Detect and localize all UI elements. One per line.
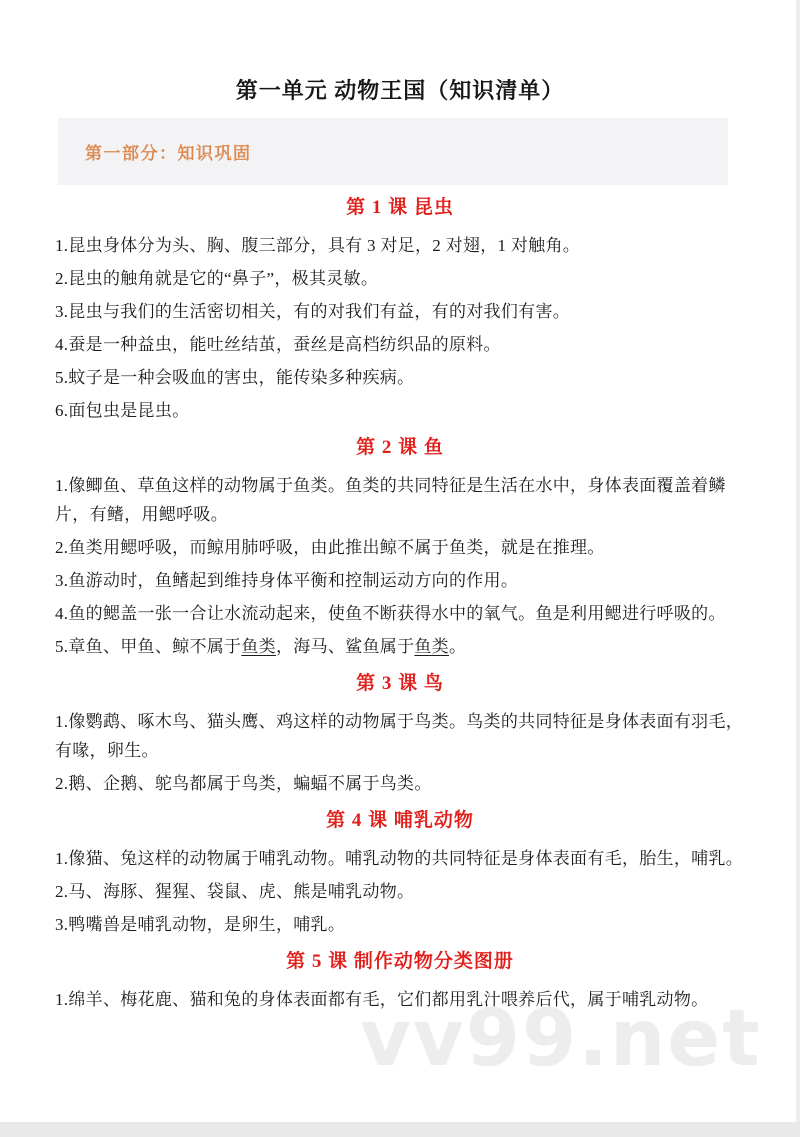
item-text: ，海马、鲨鱼属于 xyxy=(276,637,414,656)
item-text: 1.像鹦鹉、啄木鸟、猫头鹰、鸡这样的动物属于鸟类。鸟类的共同特征是身体表面有羽毛… xyxy=(55,712,743,760)
item-text: 5.章鱼、甲鱼、鲸不属于 xyxy=(55,637,241,656)
lesson-heading: 第 2 课 鱼 xyxy=(0,435,800,461)
list-item: 5.蚊子是一种会吸血的害虫，能传染多种疾病。 xyxy=(55,363,755,392)
list-item: 2.鱼类用鳃呼吸，而鲸用肺呼吸，由此推出鲸不属于鱼类，就是在推理。 xyxy=(55,533,755,562)
sections-container: 第 1 课 昆虫1.昆虫身体分为头、胸、腹三部分，具有 3 对足，2 对翅，1 … xyxy=(0,195,800,1014)
list-item: 1.像鹦鹉、啄木鸟、猫头鹰、鸡这样的动物属于鸟类。鸟类的共同特征是身体表面有羽毛… xyxy=(55,707,755,765)
lesson-heading: 第 5 课 制作动物分类图册 xyxy=(0,949,800,975)
list-item: 2.马、海豚、猩猩、袋鼠、虎、熊是哺乳动物。 xyxy=(55,877,755,906)
list-item: 3.鱼游动时，鱼鳍起到维持身体平衡和控制运动方向的作用。 xyxy=(55,566,755,595)
page-title: 第一单元 动物王国（知识清单） xyxy=(0,0,800,104)
document-page: vv99.net 第一单元 动物王国（知识清单） 第一部分：知识巩固 第 1 课… xyxy=(0,0,800,1137)
part-banner: 第一部分：知识巩固 xyxy=(58,118,728,185)
list-item: 1.绵羊、梅花鹿、猫和兔的身体表面都有毛，它们都用乳汁喂养后代，属于哺乳动物。 xyxy=(55,985,755,1014)
lesson-heading: 第 3 课 鸟 xyxy=(0,671,800,697)
list-item: 1.昆虫身体分为头、胸、腹三部分，具有 3 对足，2 对翅，1 对触角。 xyxy=(55,231,755,260)
item-text: 3.鱼游动时，鱼鳍起到维持身体平衡和控制运动方向的作用。 xyxy=(55,571,518,590)
list-item: 1.像鲫鱼、草鱼这样的动物属于鱼类。鱼类的共同特征是生活在水中，身体表面覆盖着鳞… xyxy=(55,471,755,529)
list-item: 3.鸭嘴兽是哺乳动物，是卵生，哺乳。 xyxy=(55,910,755,939)
item-text: 2.昆虫的触角就是它的“鼻子”，极其灵敏。 xyxy=(55,269,378,288)
item-text: 6.面包虫是昆虫。 xyxy=(55,401,189,420)
part-banner-label: 第一部分：知识巩固 xyxy=(85,139,252,164)
item-text: 2.鹅、企鹅、鸵鸟都属于鸟类，蝙蝠不属于鸟类。 xyxy=(55,774,432,793)
list-item: 2.鹅、企鹅、鸵鸟都属于鸟类，蝙蝠不属于鸟类。 xyxy=(55,769,755,798)
item-text: 1.像猫、兔这样的动物属于哺乳动物。哺乳动物的共同特征是身体表面有毛，胎生，哺乳… xyxy=(55,849,743,868)
list-item: 3.昆虫与我们的生活密切相关，有的对我们有益，有的对我们有害。 xyxy=(55,297,755,326)
list-item: 4.鱼的鳃盖一张一合让水流动起来，使鱼不断获得水中的氧气。鱼是利用鳃进行呼吸的。 xyxy=(55,599,755,628)
item-text: 1.绵羊、梅花鹿、猫和兔的身体表面都有毛，它们都用乳汁喂养后代，属于哺乳动物。 xyxy=(55,990,708,1009)
item-text: 3.鸭嘴兽是哺乳动物，是卵生，哺乳。 xyxy=(55,915,345,934)
page-edge-bottom xyxy=(0,1122,800,1137)
page-edge-right xyxy=(796,0,800,1137)
list-item: 2.昆虫的触角就是它的“鼻子”，极其灵敏。 xyxy=(55,264,755,293)
list-item: 4.蚕是一种益虫，能吐丝结茧，蚕丝是高档纺织品的原料。 xyxy=(55,330,755,359)
item-text: 4.蚕是一种益虫，能吐丝结茧，蚕丝是高档纺织品的原料。 xyxy=(55,335,501,354)
list-item: 6.面包虫是昆虫。 xyxy=(55,396,755,425)
item-text: 5.蚊子是一种会吸血的害虫，能传染多种疾病。 xyxy=(55,368,414,387)
document-content: 第一单元 动物王国（知识清单） 第一部分：知识巩固 第 1 课 昆虫1.昆虫身体… xyxy=(0,0,800,1014)
item-text: 1.昆虫身体分为头、胸、腹三部分，具有 3 对足，2 对翅，1 对触角。 xyxy=(55,236,580,255)
item-text: 2.马、海豚、猩猩、袋鼠、虎、熊是哺乳动物。 xyxy=(55,882,414,901)
underlined-term: 鱼类 xyxy=(241,637,276,656)
underlined-term: 鱼类 xyxy=(414,637,449,656)
lesson-heading: 第 1 课 昆虫 xyxy=(0,195,800,221)
item-text: 3.昆虫与我们的生活密切相关，有的对我们有益，有的对我们有害。 xyxy=(55,302,570,321)
list-item: 5.章鱼、甲鱼、鲸不属于鱼类，海马、鲨鱼属于鱼类。 xyxy=(55,632,755,661)
lesson-heading: 第 4 课 哺乳动物 xyxy=(0,808,800,834)
item-text: 1.像鲫鱼、草鱼这样的动物属于鱼类。鱼类的共同特征是生活在水中，身体表面覆盖着鳞… xyxy=(55,476,726,524)
item-text: 2.鱼类用鳃呼吸，而鲸用肺呼吸，由此推出鲸不属于鱼类，就是在推理。 xyxy=(55,538,605,557)
item-text: 。 xyxy=(449,637,466,656)
list-item: 1.像猫、兔这样的动物属于哺乳动物。哺乳动物的共同特征是身体表面有毛，胎生，哺乳… xyxy=(55,844,755,873)
item-text: 4.鱼的鳃盖一张一合让水流动起来，使鱼不断获得水中的氧气。鱼是利用鳃进行呼吸的。 xyxy=(55,604,726,623)
